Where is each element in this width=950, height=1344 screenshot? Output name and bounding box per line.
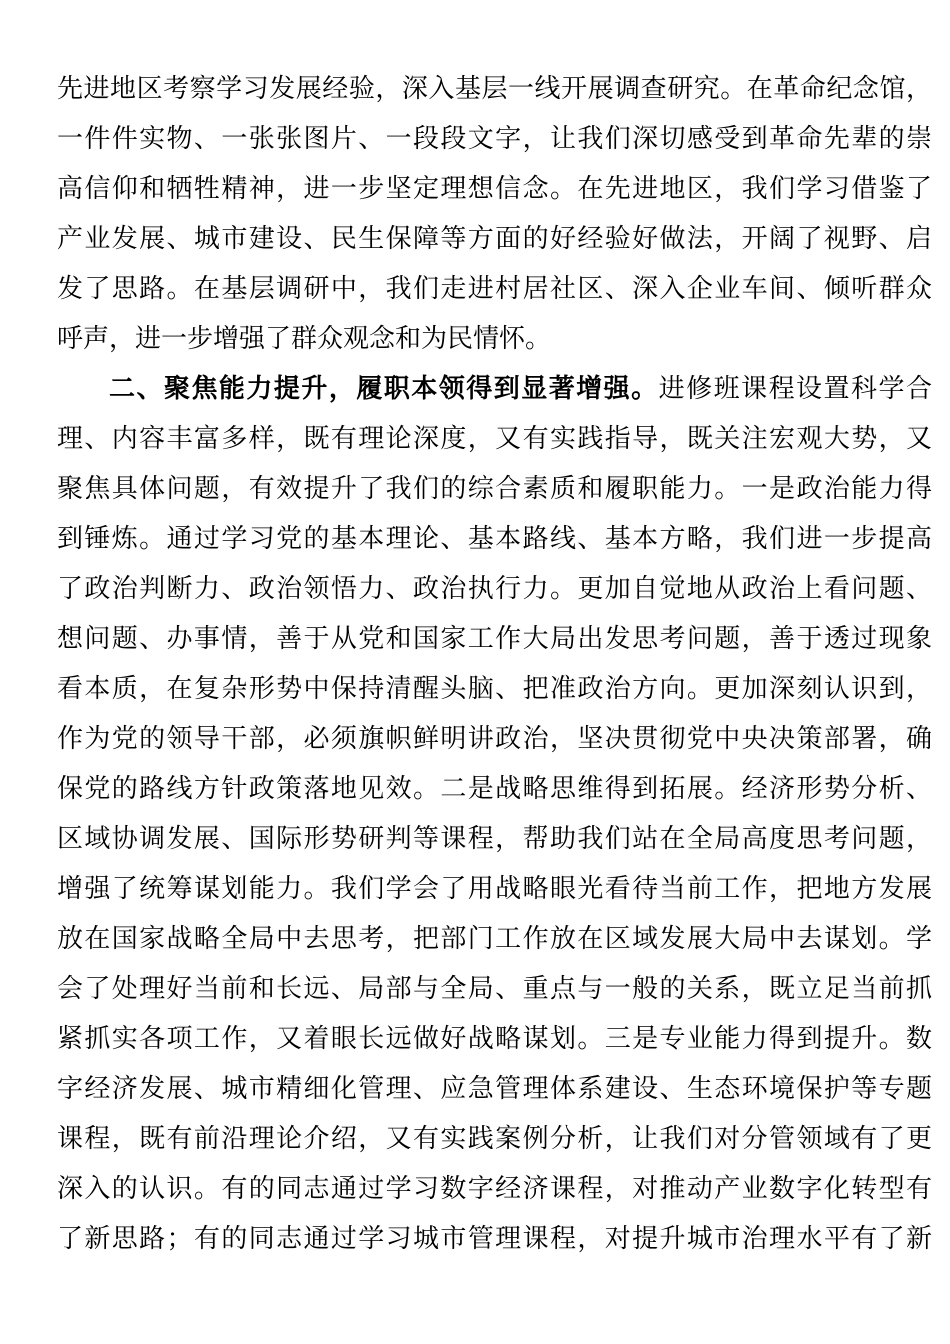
text-run: 想问题、办事情，善于从党和国家工作大局出发思考问题，善于透过现象 <box>57 623 932 653</box>
text-run: 理、内容丰富多样，既有理论深度，又有实践指导，既关注宏观大势，又 <box>57 423 932 453</box>
text-line: 高信仰和牺牲精神，进一步坚定理想信念。在先进地区，我们学习借鉴了 <box>57 163 932 213</box>
text-run: 聚焦具体问题，有效提升了我们的综合素质和履职能力。一是政治能力得 <box>57 473 932 503</box>
text-line: 看本质，在复杂形势中保持清醒头脑、把准政治方向。更加深刻认识到， <box>57 663 932 713</box>
text-line: 字经济发展、城市精细化管理、应急管理体系建设、生态环境保护等专题 <box>57 1063 932 1113</box>
text-run: 一件件实物、一张张图片、一段段文字，让我们深切感受到革命先辈的崇 <box>57 123 932 153</box>
text-line: 二、聚焦能力提升，履职本领得到显著增强。进修班课程设置科学合 <box>57 363 932 413</box>
text-run: 呼声，进一步增强了群众观念和为民情怀。 <box>57 323 551 353</box>
paragraph-heading: 二、聚焦能力提升，履职本领得到显著增强。 <box>109 373 659 403</box>
text-line: 发了思路。在基层调研中，我们走进村居社区、深入企业车间、倾听群众 <box>57 263 932 313</box>
text-line: 区域协调发展、国际形势研判等课程，帮助我们站在全局高度思考问题， <box>57 813 932 863</box>
text-run: 进修班课程设置科学合 <box>659 373 932 403</box>
text-line: 了新思路；有的同志通过学习城市管理课程，对提升城市治理水平有了新 <box>57 1213 932 1263</box>
text-line: 课程，既有前沿理论介绍，又有实践案例分析，让我们对分管领域有了更 <box>57 1113 932 1163</box>
text-run: 作为党的领导干部，必须旗帜鲜明讲政治，坚决贯彻党中央决策部署，确 <box>57 723 932 753</box>
document-body: 先进地区考察学习发展经验，深入基层一线开展调查研究。在革命纪念馆，一件件实物、一… <box>0 0 950 1263</box>
text-run: 到锤炼。通过学习党的基本理论、基本路线、基本方略，我们进一步提高 <box>57 523 932 553</box>
text-run: 课程，既有前沿理论介绍，又有实践案例分析，让我们对分管领域有了更 <box>57 1123 932 1153</box>
text-run: 字经济发展、城市精细化管理、应急管理体系建设、生态环境保护等专题 <box>57 1073 932 1103</box>
text-run: 发了思路。在基层调研中，我们走进村居社区、深入企业车间、倾听群众 <box>57 273 932 303</box>
text-run: 会了处理好当前和长远、局部与全局、重点与一般的关系，既立足当前抓 <box>57 973 932 1003</box>
text-run: 保党的路线方针政策落地见效。二是战略思维得到拓展。经济形势分析、 <box>57 773 932 803</box>
text-line: 深入的认识。有的同志通过学习数字经济课程，对推动产业数字化转型有 <box>57 1163 932 1213</box>
text-run: 看本质，在复杂形势中保持清醒头脑、把准政治方向。更加深刻认识到， <box>57 673 932 703</box>
text-run: 深入的认识。有的同志通过学习数字经济课程，对推动产业数字化转型有 <box>57 1173 932 1203</box>
text-line: 放在国家战略全局中去思考，把部门工作放在区域发展大局中去谋划。学 <box>57 913 932 963</box>
text-line: 一件件实物、一张张图片、一段段文字，让我们深切感受到革命先辈的崇 <box>57 113 932 163</box>
text-run: 区域协调发展、国际形势研判等课程，帮助我们站在全局高度思考问题， <box>57 823 932 853</box>
text-line: 了政治判断力、政治领悟力、政治执行力。更加自觉地从政治上看问题、 <box>57 563 932 613</box>
text-line: 到锤炼。通过学习党的基本理论、基本路线、基本方略，我们进一步提高 <box>57 513 932 563</box>
text-run: 了政治判断力、政治领悟力、政治执行力。更加自觉地从政治上看问题、 <box>57 573 932 603</box>
text-line: 增强了统筹谋划能力。我们学会了用战略眼光看待当前工作，把地方发展 <box>57 863 932 913</box>
text-run: 放在国家战略全局中去思考，把部门工作放在区域发展大局中去谋划。学 <box>57 923 932 953</box>
text-run: 产业发展、城市建设、民生保障等方面的好经验好做法，开阔了视野、启 <box>57 223 932 253</box>
text-run: 增强了统筹谋划能力。我们学会了用战略眼光看待当前工作，把地方发展 <box>57 873 932 903</box>
text-line: 会了处理好当前和长远、局部与全局、重点与一般的关系，既立足当前抓 <box>57 963 932 1013</box>
text-line: 作为党的领导干部，必须旗帜鲜明讲政治，坚决贯彻党中央决策部署，确 <box>57 713 932 763</box>
text-line: 紧抓实各项工作，又着眼长远做好战略谋划。三是专业能力得到提升。数 <box>57 1013 932 1063</box>
text-line: 保党的路线方针政策落地见效。二是战略思维得到拓展。经济形势分析、 <box>57 763 932 813</box>
document-page: 先进地区考察学习发展经验，深入基层一线开展调查研究。在革命纪念馆，一件件实物、一… <box>0 0 950 1344</box>
text-line: 想问题、办事情，善于从党和国家工作大局出发思考问题，善于透过现象 <box>57 613 932 663</box>
text-line: 先进地区考察学习发展经验，深入基层一线开展调查研究。在革命纪念馆， <box>57 63 932 113</box>
text-run: 先进地区考察学习发展经验，深入基层一线开展调查研究。在革命纪念馆， <box>57 73 932 103</box>
text-line: 呼声，进一步增强了群众观念和为民情怀。 <box>57 313 932 363</box>
text-line: 产业发展、城市建设、民生保障等方面的好经验好做法，开阔了视野、启 <box>57 213 932 263</box>
text-line: 理、内容丰富多样，既有理论深度，又有实践指导，既关注宏观大势，又 <box>57 413 932 463</box>
text-run: 了新思路；有的同志通过学习城市管理课程，对提升城市治理水平有了新 <box>57 1223 932 1253</box>
text-run: 高信仰和牺牲精神，进一步坚定理想信念。在先进地区，我们学习借鉴了 <box>57 173 932 203</box>
text-line: 聚焦具体问题，有效提升了我们的综合素质和履职能力。一是政治能力得 <box>57 463 932 513</box>
text-run: 紧抓实各项工作，又着眼长远做好战略谋划。三是专业能力得到提升。数 <box>57 1023 932 1053</box>
